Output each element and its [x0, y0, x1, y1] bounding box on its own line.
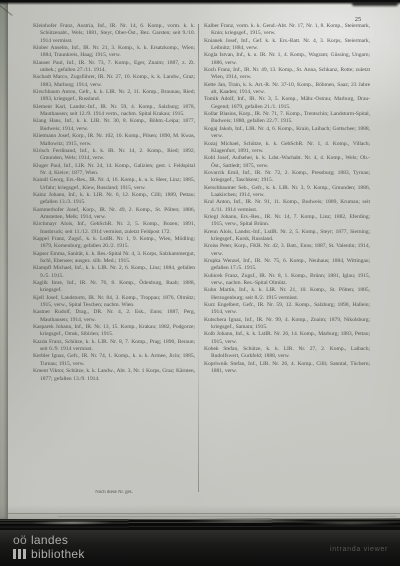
page-edge-hairline [58, 516, 396, 517]
logo-line-1: oölandes [13, 534, 85, 547]
register-entry: Klietmann Josef, Korp., IR. Nr. 102, 10.… [33, 133, 195, 148]
page-edge-hairline [8, 513, 400, 514]
register-entry: Kappel Franz, Zugsf., k. k. LstIR. Nr. 1… [33, 236, 195, 251]
register-entry: Klement Karl, Landst.-Inf., IR. Nr. 59, … [33, 104, 195, 119]
register-column-left: Kleinhofer Franz, Austria, Inf., IR. Nr.… [33, 23, 195, 488]
register-entry: Kapser Emma, Sanität, k. k. Res.-Spital … [33, 251, 195, 266]
register-entry: Kasparek Johann, Inf., IR. Nr. 13, 15. K… [33, 324, 195, 339]
register-entry: Kaindl Georg, Ers.-Res., IR. Nr. 4, 16. … [33, 177, 195, 192]
register-entry: Kjell Josef, Landsturm, IR. Nr. 84, 3. K… [33, 295, 195, 310]
register-entry: Tomik Adolf, Inf., IR. Nr. 3, 5. Komp., … [204, 96, 370, 111]
viewer-canvas: 25 Kleinhofer Franz, Austria, Inf., IR. … [0, 0, 400, 566]
register-entry: Kolb Johann, Inf., k. k. LstIR. Nr. 26, … [204, 331, 370, 346]
register-entry: Kment Viktor, Schütze, k. k. Landw., Abt… [33, 368, 195, 383]
viewer-name: intranda viewer [330, 546, 388, 553]
logo-line-2: bibliothek [13, 548, 85, 561]
register-entry: Kroiss Peter, Korp., FKR. Nr. 42, 3. Bat… [204, 243, 370, 258]
register-entry: Kohek Stefan, Schütze, k. k. LIR. Nr. 27… [204, 346, 370, 361]
register-entry: Kirchmayr Alois, Inf., GebSchR. Nr. 2, 5… [33, 221, 195, 236]
logo-word-bibliothek: bibliothek [31, 547, 85, 561]
register-entry: Kral Anton, Inf., IR. Nr. 91, 11. Komp.,… [204, 199, 370, 214]
register-entry: Klauser Paul, Inf., IR. Nr. 73, 7. Komp.… [33, 60, 195, 75]
register-entry: Kaglik Imre, Inf., IR. Nr. 76, 8. Komp.,… [33, 280, 195, 295]
register-entry: Kastner Rudolf, Drag., DR. Nr. 4, 2. Esk… [33, 309, 195, 324]
register-entry: Kerbler Ignaz, Gefr., IR. Nr. 74, 1. Kom… [33, 353, 195, 368]
logo-prefix: oö [13, 533, 27, 547]
scanned-page[interactable]: 25 Kleinhofer Franz, Austria, Inf., IR. … [0, 2, 400, 519]
register-entry: Klober Anselm, Inf., IR. Nr. 21, 3. Komp… [33, 45, 195, 60]
register-entry: Kohl Josef, Aufseher, k. k. Ldst.-Wachab… [204, 155, 370, 170]
register-entry: Kammerhofer Josef, Korp., IR. Nr. 49, 2.… [33, 207, 195, 222]
scan-top-shadow [0, 2, 400, 5]
page-left-edge [0, 2, 8, 519]
register-entry: Kubicek Franz, Zugsf., IR. Nr. 8, 1. Kom… [204, 273, 370, 288]
register-entry: Klampfl Michael, Inf., k. k. LIR. Nr. 2,… [33, 265, 195, 280]
register-entry: Kette Jan, Train, k. k. Art.-R. Nr. 37-1… [204, 82, 370, 97]
register-entry: Kurz Engelbert, Gefr., IR. Nr. 59, 12. K… [204, 302, 370, 317]
register-entry: Krenn Alois, Landst.-Inf., LstIR. Nr. 2,… [204, 229, 370, 244]
register-entry: Kuhn Martin, Inf., k. k. LIR. Nr. 21, 10… [204, 287, 370, 302]
register-entry: Knianek Josef, Inf., Gef. k. k. Ers.-Bat… [204, 38, 370, 53]
column-footnote: Noch diese Nr. ges. [33, 490, 195, 495]
register-entry: Kainz Johann, Inf., k. k. LIR. Nr. 6, 12… [33, 192, 195, 207]
register-entry: Kluger Paul, Inf., LIR. Nr. 24, 14. Komp… [33, 163, 195, 178]
column-divider [198, 24, 199, 492]
logo-word-landes: landes [31, 533, 68, 547]
register-entry: Kirschbaum Anton, Gefr., k. k. LIR. Nr. … [33, 89, 195, 104]
page-number: 25 [348, 16, 368, 23]
register-entry: Kogaj Jakob, Inf., LIR. Nr. 4, 6. Komp.,… [204, 126, 370, 141]
register-entry: Kschadt Marco, Zugsführer, IR. Nr. 27, 1… [33, 74, 195, 89]
register-entry: Kalber Franz, vorm. k. k. Gend.-Abt. Nr.… [204, 23, 370, 38]
register-entry: Kirisch Ferdinand, Inf., k. k. IR. Nr. 1… [33, 148, 195, 163]
register-entry: Krupka Wenzel, Inf., IR. Nr. 75, 6. Komp… [204, 258, 370, 273]
register-entry: Kozaj Michael, Schütze, k. k. GebSchR. N… [204, 141, 370, 156]
register-entry: Kriegl Johann, Ers.-Res., IR. Nr. 14, 7.… [204, 214, 370, 229]
register-entry: Koch Franz, Inf., IR. Nr. 49, 13. Komp.,… [204, 67, 370, 82]
library-logo[interactable]: oölandes bibliothek [13, 534, 85, 561]
register-entry: Kollar Blasius, Korp., IR. Nr. 71, 7. Ko… [204, 111, 370, 126]
logo-bars-icon [13, 548, 28, 561]
register-entry: Kogla Istvan, Inf., k. u. IR. Nr. 1, 4. … [204, 52, 370, 67]
register-entry: Kovarcik Emil, Inf., IR. Nr. 72, 2. Komp… [204, 170, 370, 185]
scan-smudge [352, 2, 398, 6]
register-column-right: Kalber Franz, vorm. k. k. Gend.-Abt. Nr.… [204, 23, 370, 494]
register-entry: Kazda Franz, Schütze, k. k. LIR. Nr. 8, … [33, 339, 195, 354]
register-entry: Kleinhofer Franz, Austria, Inf., IR. Nr.… [33, 23, 195, 45]
register-entry: Kerschbaumer Seb., Gefr., k. k. LIR. Nr.… [204, 185, 370, 200]
viewer-footer: oölandes bibliothek intranda viewer [0, 530, 400, 566]
register-entry: Klang Hans, Inf., k. k. LIR. Nr. 30, 8. … [33, 118, 195, 133]
register-entry: Kopriwnik Stefan, Inf., LIR. Nr. 26, 4. … [204, 361, 370, 376]
register-entry: Kutschera Ignaz, Inf., IR. Nr. 99, 4. Ko… [204, 317, 370, 332]
